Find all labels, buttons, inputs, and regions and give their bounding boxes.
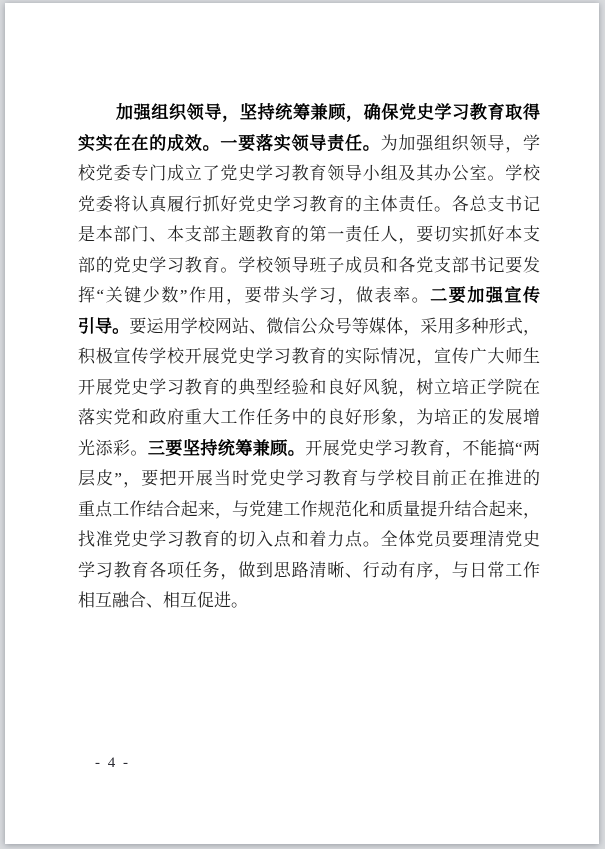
text-segment: 找准党史学习教育的切入点和着力点。全体党员要理清党史: [78, 530, 540, 549]
text-segment: 相互融合、相互促进。: [78, 591, 248, 610]
text-line: 挥“关键少数”作用，要带头学习，做表率。二要加强宣传: [78, 281, 540, 312]
text-segment: 重点工作结合起来，与党建工作规范化和质量提升结合起来，: [78, 500, 540, 519]
text-segment: 要运用学校网站、微信公众号等媒体，采用多种形式，: [129, 317, 540, 336]
text-segment: 党委将认真履行抓好党史学习教育的主体责任。各总支书记: [78, 195, 540, 214]
text-line: 校党委专门成立了党史学习教育领导小组及其办公室。学校: [78, 159, 540, 190]
text-line: 引导。要运用学校网站、微信公众号等媒体，采用多种形式，: [78, 312, 540, 343]
document-page: 加强组织领导，坚持统筹兼顾，确保党史学习教育取得实实在在的成效。一要落实领导责任…: [5, 3, 599, 844]
text-line: 是本部门、本支部主题教育的第一责任人，要切实抓好本支: [78, 220, 540, 251]
text-segment: 挥“关键少数”作用，要带头学习，做表率。: [78, 286, 430, 305]
text-line: 落实党和政府重大工作任务中的良好形象，为培正的发展增: [78, 403, 540, 434]
text-segment: 光添彩。: [78, 439, 148, 458]
text-segment: 引导。: [78, 317, 129, 336]
text-segment: 层皮”，要把开展当时党史学习教育与学校目前正在推进的: [78, 469, 540, 488]
text-line: 积极宣传学校开展党史学习教育的实际情况，宣传广大师生: [78, 342, 540, 373]
text-segment: 学习教育各项任务，做到思路清晰、行动有序，与日常工作: [78, 561, 540, 580]
text-line: 部的党史学习教育。学校领导班子成员和各党支部书记要发: [78, 251, 540, 282]
text-segment: 是本部门、本支部主题教育的第一责任人，要切实抓好本支: [78, 225, 540, 244]
text-line: 党委将认真履行抓好党史学习教育的主体责任。各总支书记: [78, 190, 540, 221]
text-line: 加强组织领导，坚持统筹兼顾，确保党史学习教育取得: [78, 98, 540, 129]
text-line: 实实在在的成效。一要落实领导责任。为加强组织领导，学: [78, 129, 540, 160]
text-segment: 为加强组织领导，学: [381, 134, 540, 153]
text-segment: 加强组织领导，坚持统筹兼顾，确保党史学习教育取得: [116, 103, 540, 122]
text-segment: 三要坚持统筹兼顾。: [148, 439, 305, 458]
text-segment: 开展党史学习教育，不能搞“两: [305, 439, 540, 458]
text-line: 开展党史学习教育的典型经验和良好风貌，树立培正学院在: [78, 373, 540, 404]
page-number: - 4 -: [95, 753, 130, 773]
text-line: 重点工作结合起来，与党建工作规范化和质量提升结合起来，: [78, 495, 540, 526]
text-segment: 开展党史学习教育的典型经验和良好风貌，树立培正学院在: [78, 378, 540, 397]
text-line: 学习教育各项任务，做到思路清晰、行动有序，与日常工作: [78, 556, 540, 587]
text-line: 找准党史学习教育的切入点和着力点。全体党员要理清党史: [78, 525, 540, 556]
text-segment: 实实在在的成效。一要落实领导责任。: [78, 134, 381, 153]
text-line: 光添彩。三要坚持统筹兼顾。开展党史学习教育，不能搞“两: [78, 434, 540, 465]
text-segment: 积极宣传学校开展党史学习教育的实际情况，宣传广大师生: [78, 347, 540, 366]
text-segment: 二要加强宣传: [430, 286, 540, 305]
text-segment: 落实党和政府重大工作任务中的良好形象，为培正的发展增: [78, 408, 540, 427]
text-segment: 校党委专门成立了党史学习教育领导小组及其办公室。学校: [78, 164, 540, 183]
text-segment: 部的党史学习教育。学校领导班子成员和各党支部书记要发: [78, 256, 540, 275]
text-line: 层皮”，要把开展当时党史学习教育与学校目前正在推进的: [78, 464, 540, 495]
body-paragraph: 加强组织领导，坚持统筹兼顾，确保党史学习教育取得实实在在的成效。一要落实领导责任…: [78, 98, 540, 617]
text-line: 相互融合、相互促进。: [78, 586, 540, 617]
